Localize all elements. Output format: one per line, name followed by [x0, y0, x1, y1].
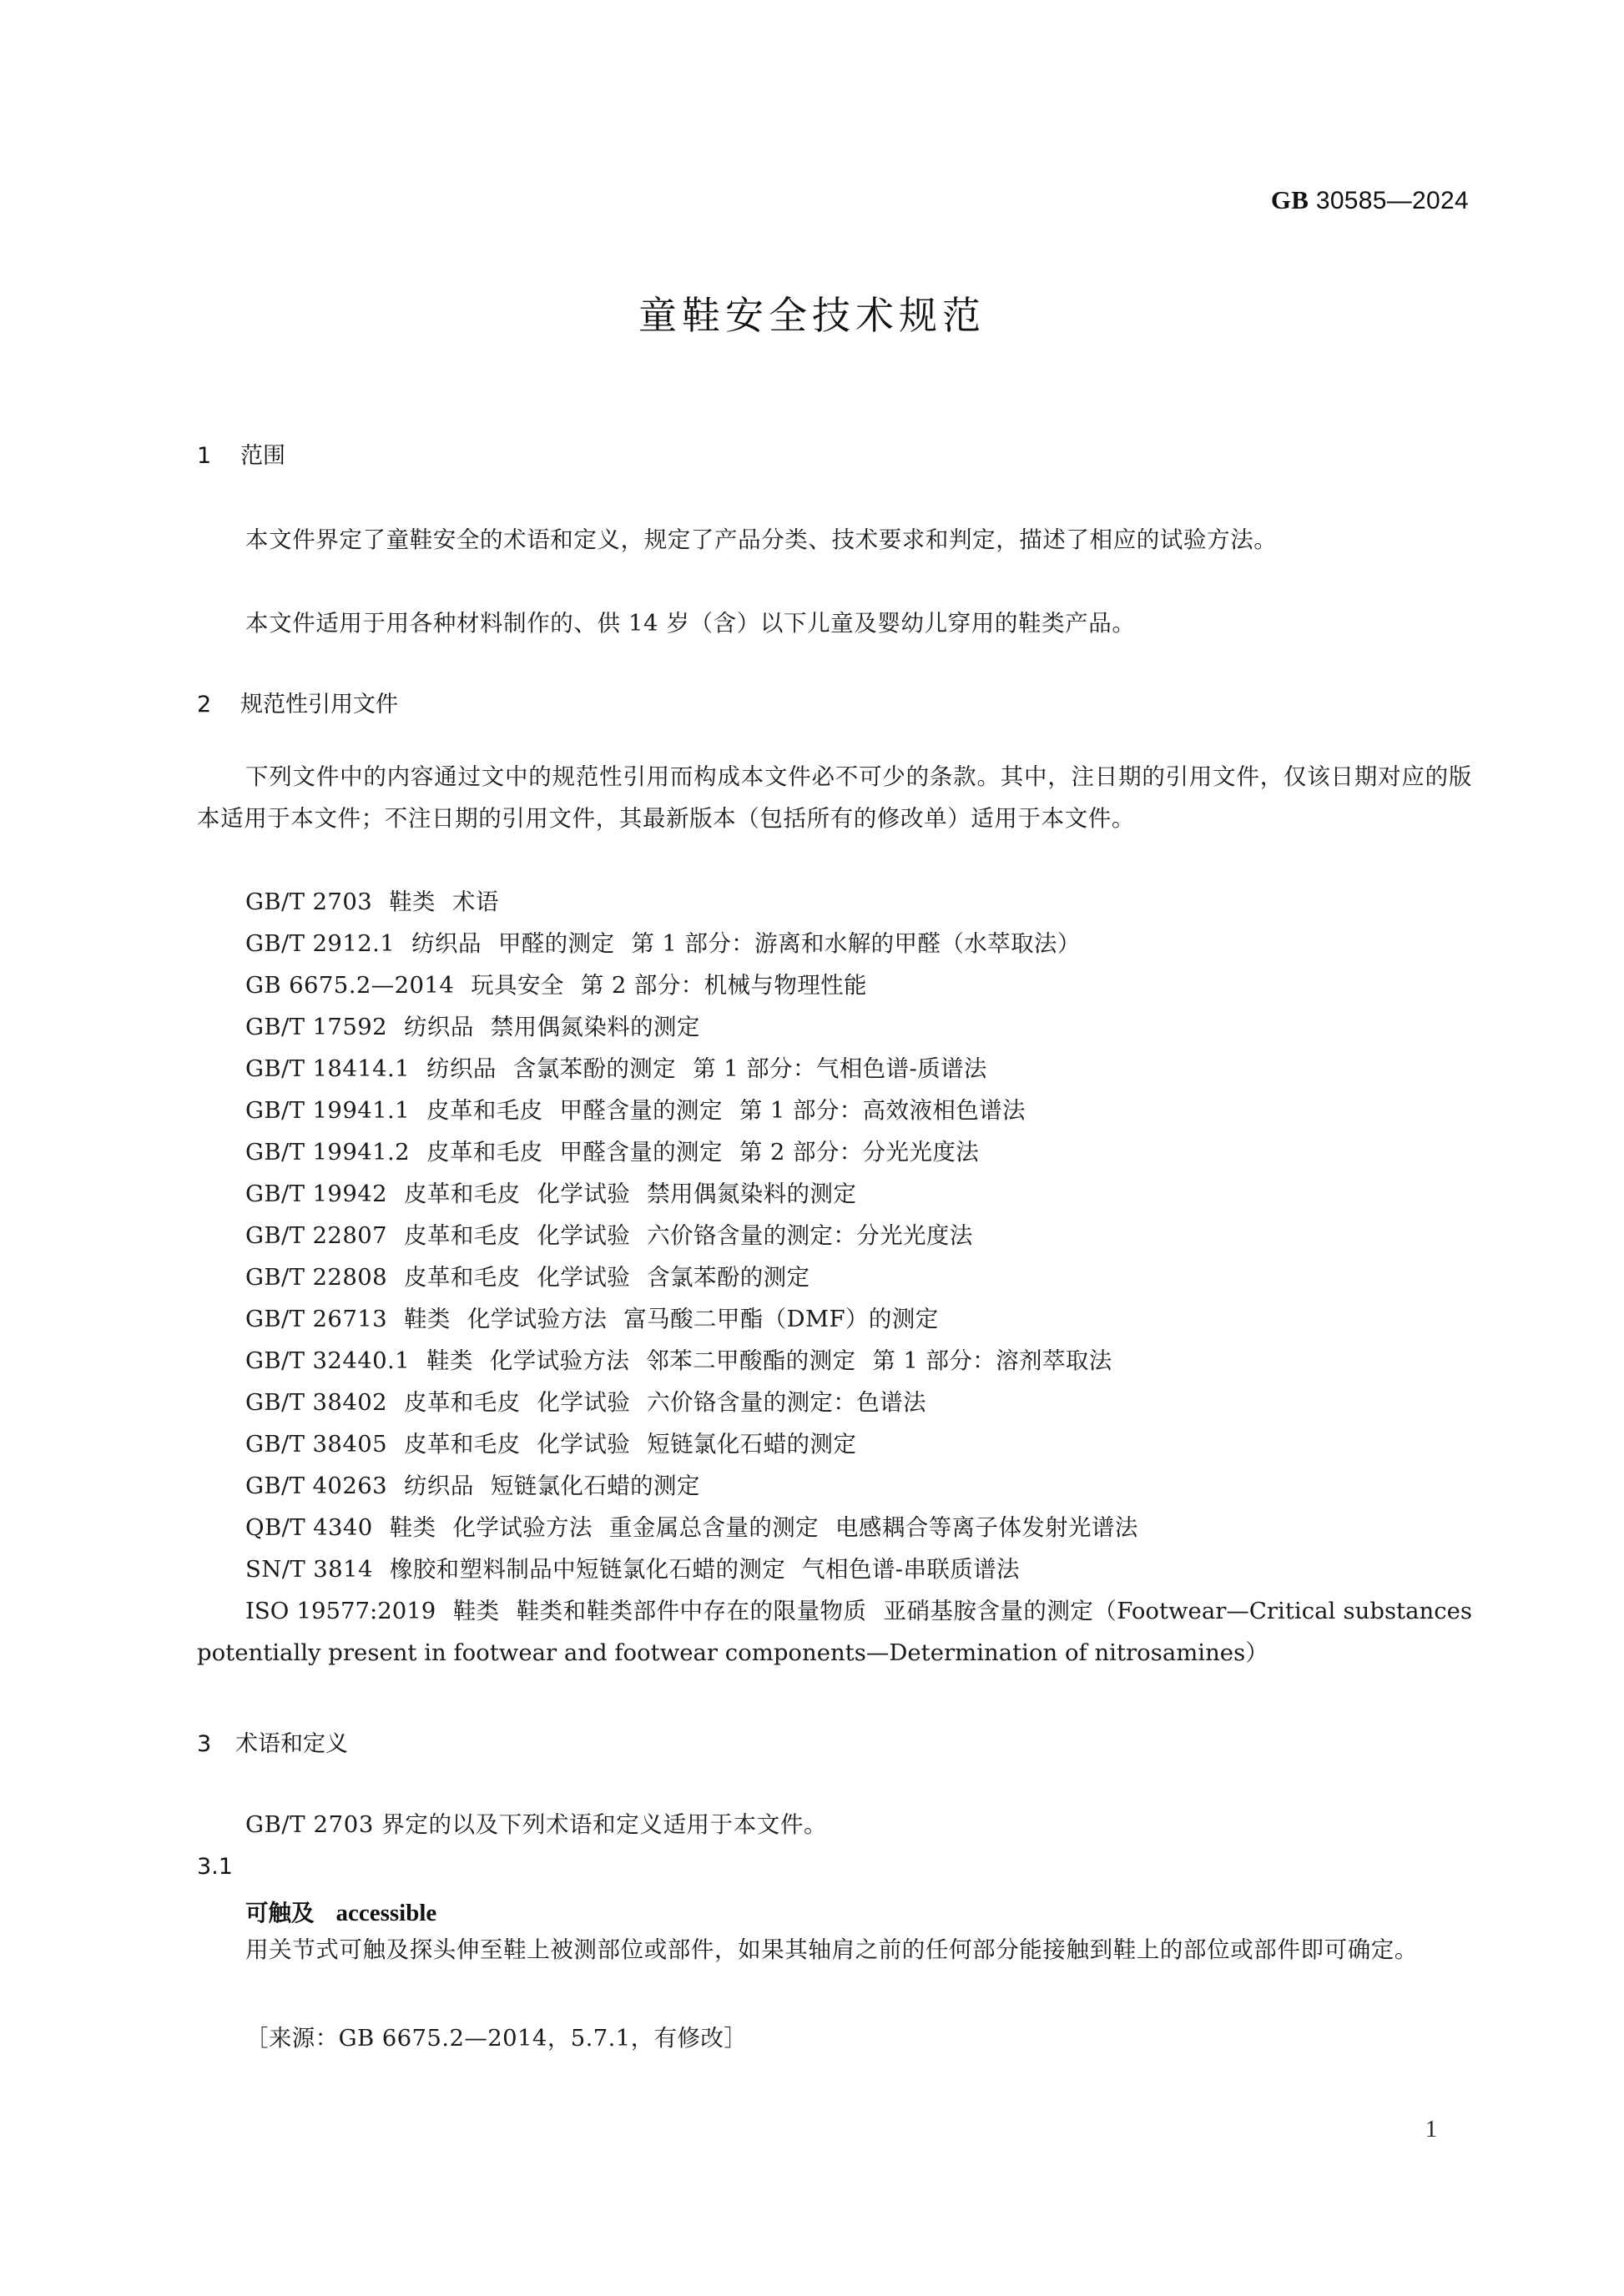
- reference-title-part: 化学试验: [537, 1389, 631, 1416]
- reference-code: GB/T 17592: [245, 1014, 387, 1040]
- reference-item: GB/T 19941.1皮革和毛皮甲醛含量的测定第 1 部分：高效液相色谱法: [197, 1090, 1472, 1131]
- reference-title-part: 六价铬含量的测定：色谱法: [647, 1389, 926, 1416]
- section-heading-normative-references: 2规范性引用文件: [197, 686, 398, 718]
- reference-item: SN/T 3814橡胶和塑料制品中短链氯化石蜡的测定气相色谱-串联质谱法: [197, 1548, 1472, 1590]
- reference-code: GB/T 22808: [245, 1264, 387, 1291]
- reference-title-part: 皮革和毛皮: [426, 1139, 543, 1166]
- standard-number: 30585—2024: [1309, 187, 1469, 214]
- reference-title-part: 短链氯化石蜡的测定: [647, 1431, 856, 1458]
- section-title: 术语和定义: [235, 1731, 348, 1757]
- reference-item: GB/T 2703鞋类术语: [197, 881, 1472, 923]
- reference-item: GB/T 38402皮革和毛皮化学试验六价铬含量的测定：色谱法: [197, 1382, 1472, 1423]
- reference-title-part: 第 2 部分：分光光度法: [739, 1139, 979, 1166]
- reference-code: GB/T 38405: [245, 1431, 387, 1458]
- section-number: 2: [197, 692, 240, 717]
- reference-item: GB/T 22807皮革和毛皮化学试验六价铬含量的测定：分光光度法: [197, 1215, 1472, 1256]
- reference-title-part: 纺织品: [411, 930, 482, 957]
- reference-title-part: 第 1 部分：气相色谱-质谱法: [693, 1055, 987, 1082]
- reference-title-part: 皮革和毛皮: [404, 1222, 521, 1249]
- reference-title-part: 皮革和毛皮: [404, 1431, 521, 1458]
- reference-title-part: 皮革和毛皮: [426, 1097, 543, 1124]
- scope-paragraph-2: 本文件适用于用各种材料制作的、供 14 岁（含）以下儿童及婴幼儿穿用的鞋类产品。: [197, 602, 1472, 644]
- document-title: 童鞋安全技术规范: [0, 285, 1624, 340]
- reference-title-part: 禁用偶氮染料的测定: [647, 1181, 856, 1207]
- reference-code: ISO 19577:2019: [245, 1598, 436, 1624]
- page-number: 1: [1425, 2117, 1437, 2143]
- reference-title-part: 重金属总含量的测定: [609, 1514, 819, 1541]
- reference-code: GB/T 19941.1: [245, 1097, 410, 1124]
- reference-code: GB/T 19942: [245, 1181, 387, 1207]
- reference-title-part: 鞋类: [404, 1306, 451, 1332]
- reference-item: GB/T 19942皮革和毛皮化学试验禁用偶氮染料的测定: [197, 1173, 1472, 1215]
- reference-code: GB/T 38402: [245, 1389, 387, 1416]
- term-source: ［来源：GB 6675.2—2014，5.7.1，有修改］: [245, 2019, 747, 2052]
- reference-title-part: 含氯苯酚的测定: [513, 1055, 676, 1082]
- reference-title-part: 甲醛的测定: [498, 930, 615, 957]
- reference-item: GB/T 2912.1纺织品甲醛的测定第 1 部分：游离和水解的甲醛（水萃取法）: [197, 923, 1472, 964]
- term-heading: 可触及accessible: [245, 1894, 436, 1927]
- reference-title-part: 鞋类: [426, 1347, 473, 1374]
- reference-item: GB 6675.2—2014玩具安全第 2 部分：机械与物理性能: [197, 964, 1472, 1006]
- reference-code: QB/T 4340: [245, 1514, 373, 1541]
- reference-code: GB/T 22807: [245, 1222, 387, 1249]
- reference-title-part: 化学试验: [537, 1431, 631, 1458]
- reference-title-part: 第 1 部分：游离和水解的甲醛（水萃取法）: [631, 930, 1080, 957]
- reference-title-part: 甲醛含量的测定: [560, 1139, 723, 1166]
- section-number: 1: [197, 443, 240, 469]
- reference-title-part: 含氯苯酚的测定: [647, 1264, 809, 1291]
- reference-code: SN/T 3814: [245, 1556, 373, 1583]
- reference-code: GB/T 32440.1: [245, 1347, 410, 1374]
- reference-title-part: 第 1 部分：高效液相色谱法: [739, 1097, 1026, 1124]
- terms-intro-paragraph: GB/T 2703 界定的以及下列术语和定义适用于本文件。: [197, 1804, 1472, 1845]
- reference-item: GB/T 22808皮革和毛皮化学试验含氯苯酚的测定: [197, 1256, 1472, 1298]
- reference-title-part: 鞋类: [452, 1598, 499, 1624]
- section-heading-terms-definitions: 3术语和定义: [197, 1725, 348, 1758]
- reference-title-part: 皮革和毛皮: [404, 1181, 521, 1207]
- reference-item: GB/T 32440.1鞋类化学试验方法邻苯二甲酸酯的测定第 1 部分：溶剂萃取…: [197, 1340, 1472, 1382]
- reference-item: GB/T 17592纺织品禁用偶氮染料的测定: [197, 1006, 1472, 1048]
- reference-item: GB/T 18414.1纺织品含氯苯酚的测定第 1 部分：气相色谱-质谱法: [197, 1048, 1472, 1090]
- reference-code: GB/T 2703: [245, 889, 372, 915]
- standard-prefix: GB: [1271, 185, 1309, 214]
- reference-title-part: 皮革和毛皮: [404, 1389, 521, 1416]
- reference-code: GB/T 26713: [245, 1306, 387, 1332]
- reference-title-part: 第 2 部分：机械与物理性能: [581, 972, 867, 999]
- reference-title-part: 纺织品: [426, 1055, 497, 1082]
- reference-title-part: 富马酸二甲酯（DMF）的测定: [623, 1306, 938, 1332]
- reference-title-part: 纺织品: [404, 1473, 474, 1499]
- reference-list: GB/T 2703鞋类术语 GB/T 2912.1纺织品甲醛的测定第 1 部分：…: [197, 881, 1472, 1674]
- document-page: GB 30585—2024 童鞋安全技术规范 1范围 本文件界定了童鞋安全的术语…: [0, 0, 1624, 2296]
- reference-title-part: 化学试验: [537, 1264, 631, 1291]
- reference-item: ISO 19577:2019鞋类鞋类和鞋类部件中存在的限量物质亚硝基胺含量的测定…: [197, 1590, 1472, 1674]
- reference-title-part: 鞋类和鞋类部件中存在的限量物质: [517, 1598, 867, 1624]
- reference-title-part: 橡胶和塑料制品中短链氯化石蜡的测定: [390, 1556, 785, 1583]
- reference-title-part: 纺织品: [404, 1014, 474, 1040]
- term-chinese: 可触及: [245, 1900, 315, 1926]
- reference-code: GB/T 18414.1: [245, 1055, 410, 1082]
- reference-title-part: 化学试验方法: [453, 1514, 593, 1541]
- reference-title-part: 化学试验: [537, 1181, 631, 1207]
- term-definition: 用关节式可触及探头伸至鞋上被测部位或部件，如果其轴肩之前的任何部分能接触到鞋上的…: [197, 1929, 1472, 1971]
- reference-item: QB/T 4340鞋类化学试验方法重金属总含量的测定电感耦合等离子体发射光谱法: [197, 1507, 1472, 1548]
- scope-paragraph-1: 本文件界定了童鞋安全的术语和定义，规定了产品分类、技术要求和判定，描述了相应的试…: [197, 519, 1472, 561]
- reference-title-part: 第 1 部分：溶剂萃取法: [872, 1347, 1112, 1374]
- reference-title-part: 甲醛含量的测定: [560, 1097, 723, 1124]
- reference-title-part: 化学试验: [537, 1222, 631, 1249]
- reference-item: GB/T 26713鞋类化学试验方法富马酸二甲酯（DMF）的测定: [197, 1298, 1472, 1340]
- term-english: accessible: [336, 1900, 437, 1926]
- reference-title-part: 鞋类: [389, 889, 436, 915]
- reference-title-part: 电感耦合等离子体发射光谱法: [835, 1514, 1138, 1541]
- section-number: 3: [197, 1731, 235, 1757]
- reference-title-part: 气相色谱-串联质谱法: [802, 1556, 1020, 1583]
- reference-title-part: 玩具安全: [471, 972, 564, 999]
- standard-code: GB 30585—2024: [1271, 185, 1469, 215]
- reference-title-part: 邻苯二甲酸酯的测定: [646, 1347, 855, 1374]
- reference-title-part: 术语: [452, 889, 499, 915]
- reference-title-part: 皮革和毛皮: [404, 1264, 521, 1291]
- references-intro-paragraph: 下列文件中的内容通过文中的规范性引用而构成本文件必不可少的条款。其中，注日期的引…: [197, 756, 1472, 839]
- section-heading-scope: 1范围: [197, 437, 285, 470]
- term-number: 3.1: [197, 1854, 233, 1880]
- reference-title-part: 鞋类: [390, 1514, 436, 1541]
- reference-item: GB/T 38405皮革和毛皮化学试验短链氯化石蜡的测定: [197, 1423, 1472, 1465]
- reference-code: GB/T 2912.1: [245, 930, 395, 957]
- reference-title-part: 短链氯化石蜡的测定: [491, 1473, 700, 1499]
- reference-title-part: 化学试验方法: [467, 1306, 607, 1332]
- reference-code: GB 6675.2—2014: [245, 972, 454, 999]
- reference-item: GB/T 19941.2皮革和毛皮甲醛含量的测定第 2 部分：分光光度法: [197, 1131, 1472, 1173]
- reference-code: GB/T 40263: [245, 1473, 387, 1499]
- section-title: 范围: [240, 443, 285, 469]
- reference-item: GB/T 40263纺织品短链氯化石蜡的测定: [197, 1465, 1472, 1507]
- reference-title-part: 化学试验方法: [490, 1347, 629, 1374]
- reference-title-part: 禁用偶氮染料的测定: [491, 1014, 700, 1040]
- reference-code: GB/T 19941.2: [245, 1139, 410, 1166]
- section-title: 规范性引用文件: [240, 692, 398, 717]
- reference-title-part: 六价铬含量的测定：分光光度法: [647, 1222, 973, 1249]
